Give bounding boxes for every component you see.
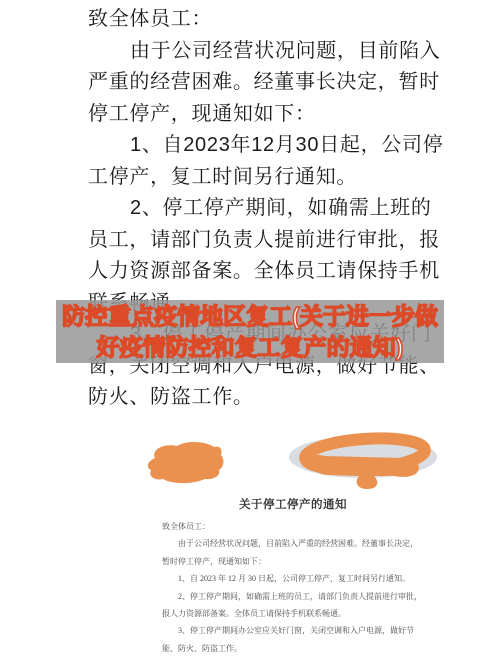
notice-line: 严重的经营困难。经董事长决定，暂时	[88, 67, 444, 99]
article-image: 致全体员工： 由于公司经营状况问题，目前陷入 严重的经营困难。经董事长决定，暂时…	[0, 0, 500, 666]
small-notice-line: 报人力资源部备案。全体员工请保持手机联系畅通。	[162, 605, 424, 622]
orange-scribble-left-icon	[148, 442, 224, 483]
title-overlay-banner: 防控重点疫情地区复工(关于进一步做 好疫情防控和复工复产的通知)	[56, 300, 444, 363]
small-notice-line: 3、停工停产期间办公室应关好门窗，关闭空调和入户电源，做好节	[162, 622, 424, 639]
orange-scribble-bar-icon	[309, 455, 419, 489]
overlay-title-line2: 好疫情防控和复工复产的通知)	[97, 332, 404, 363]
notice-line: 人力资源部备案。全体员工请保持手机	[88, 256, 444, 288]
small-notice-line: 致全体员工：	[162, 518, 424, 535]
notice-line: 1、自2023年12月30日起，公司停	[88, 130, 444, 162]
notice-line: 员工，请部门负责人提前进行审批，报	[88, 225, 444, 257]
notice-document-small: 关于停工停产的通知 致全体员工： 由于公司经营状况问题，目前陷入严重的经营困难。…	[162, 498, 424, 657]
notice-line: 2、停工停产期间，如确需上班的	[88, 193, 444, 225]
small-notice-line: 能、防火、防盗工作。	[162, 640, 424, 657]
small-doc-title: 关于停工停产的通知	[162, 498, 424, 512]
notice-line: 致全体员工：	[88, 4, 444, 36]
small-notice-line: 1、自 2023 年 12 月 30 日起，公司停工停产，复工时间另行通知。	[162, 570, 424, 587]
small-notice-line: 暂时停工停产，现通知如下：	[162, 553, 424, 570]
small-notice-line: 由于公司经营状况问题，目前陷入严重的经营困难。经董事长决定，	[162, 535, 424, 552]
overlay-title-line1: 防控重点疫情地区复工(关于进一步做	[62, 301, 438, 332]
notice-line: 停工停产，现通知如下：	[88, 99, 444, 131]
scribble-graphics	[125, 430, 440, 495]
small-notice-line: 2、停工停产期间，如确需上班的员工，请部门负责人提前进行审批，	[162, 588, 424, 605]
notice-line: 防火、防盗工作。	[88, 382, 444, 414]
notice-line: 由于公司经营状况问题，目前陷入	[88, 36, 444, 68]
notice-line: 工停产，复工时间另行通知。	[88, 162, 444, 194]
